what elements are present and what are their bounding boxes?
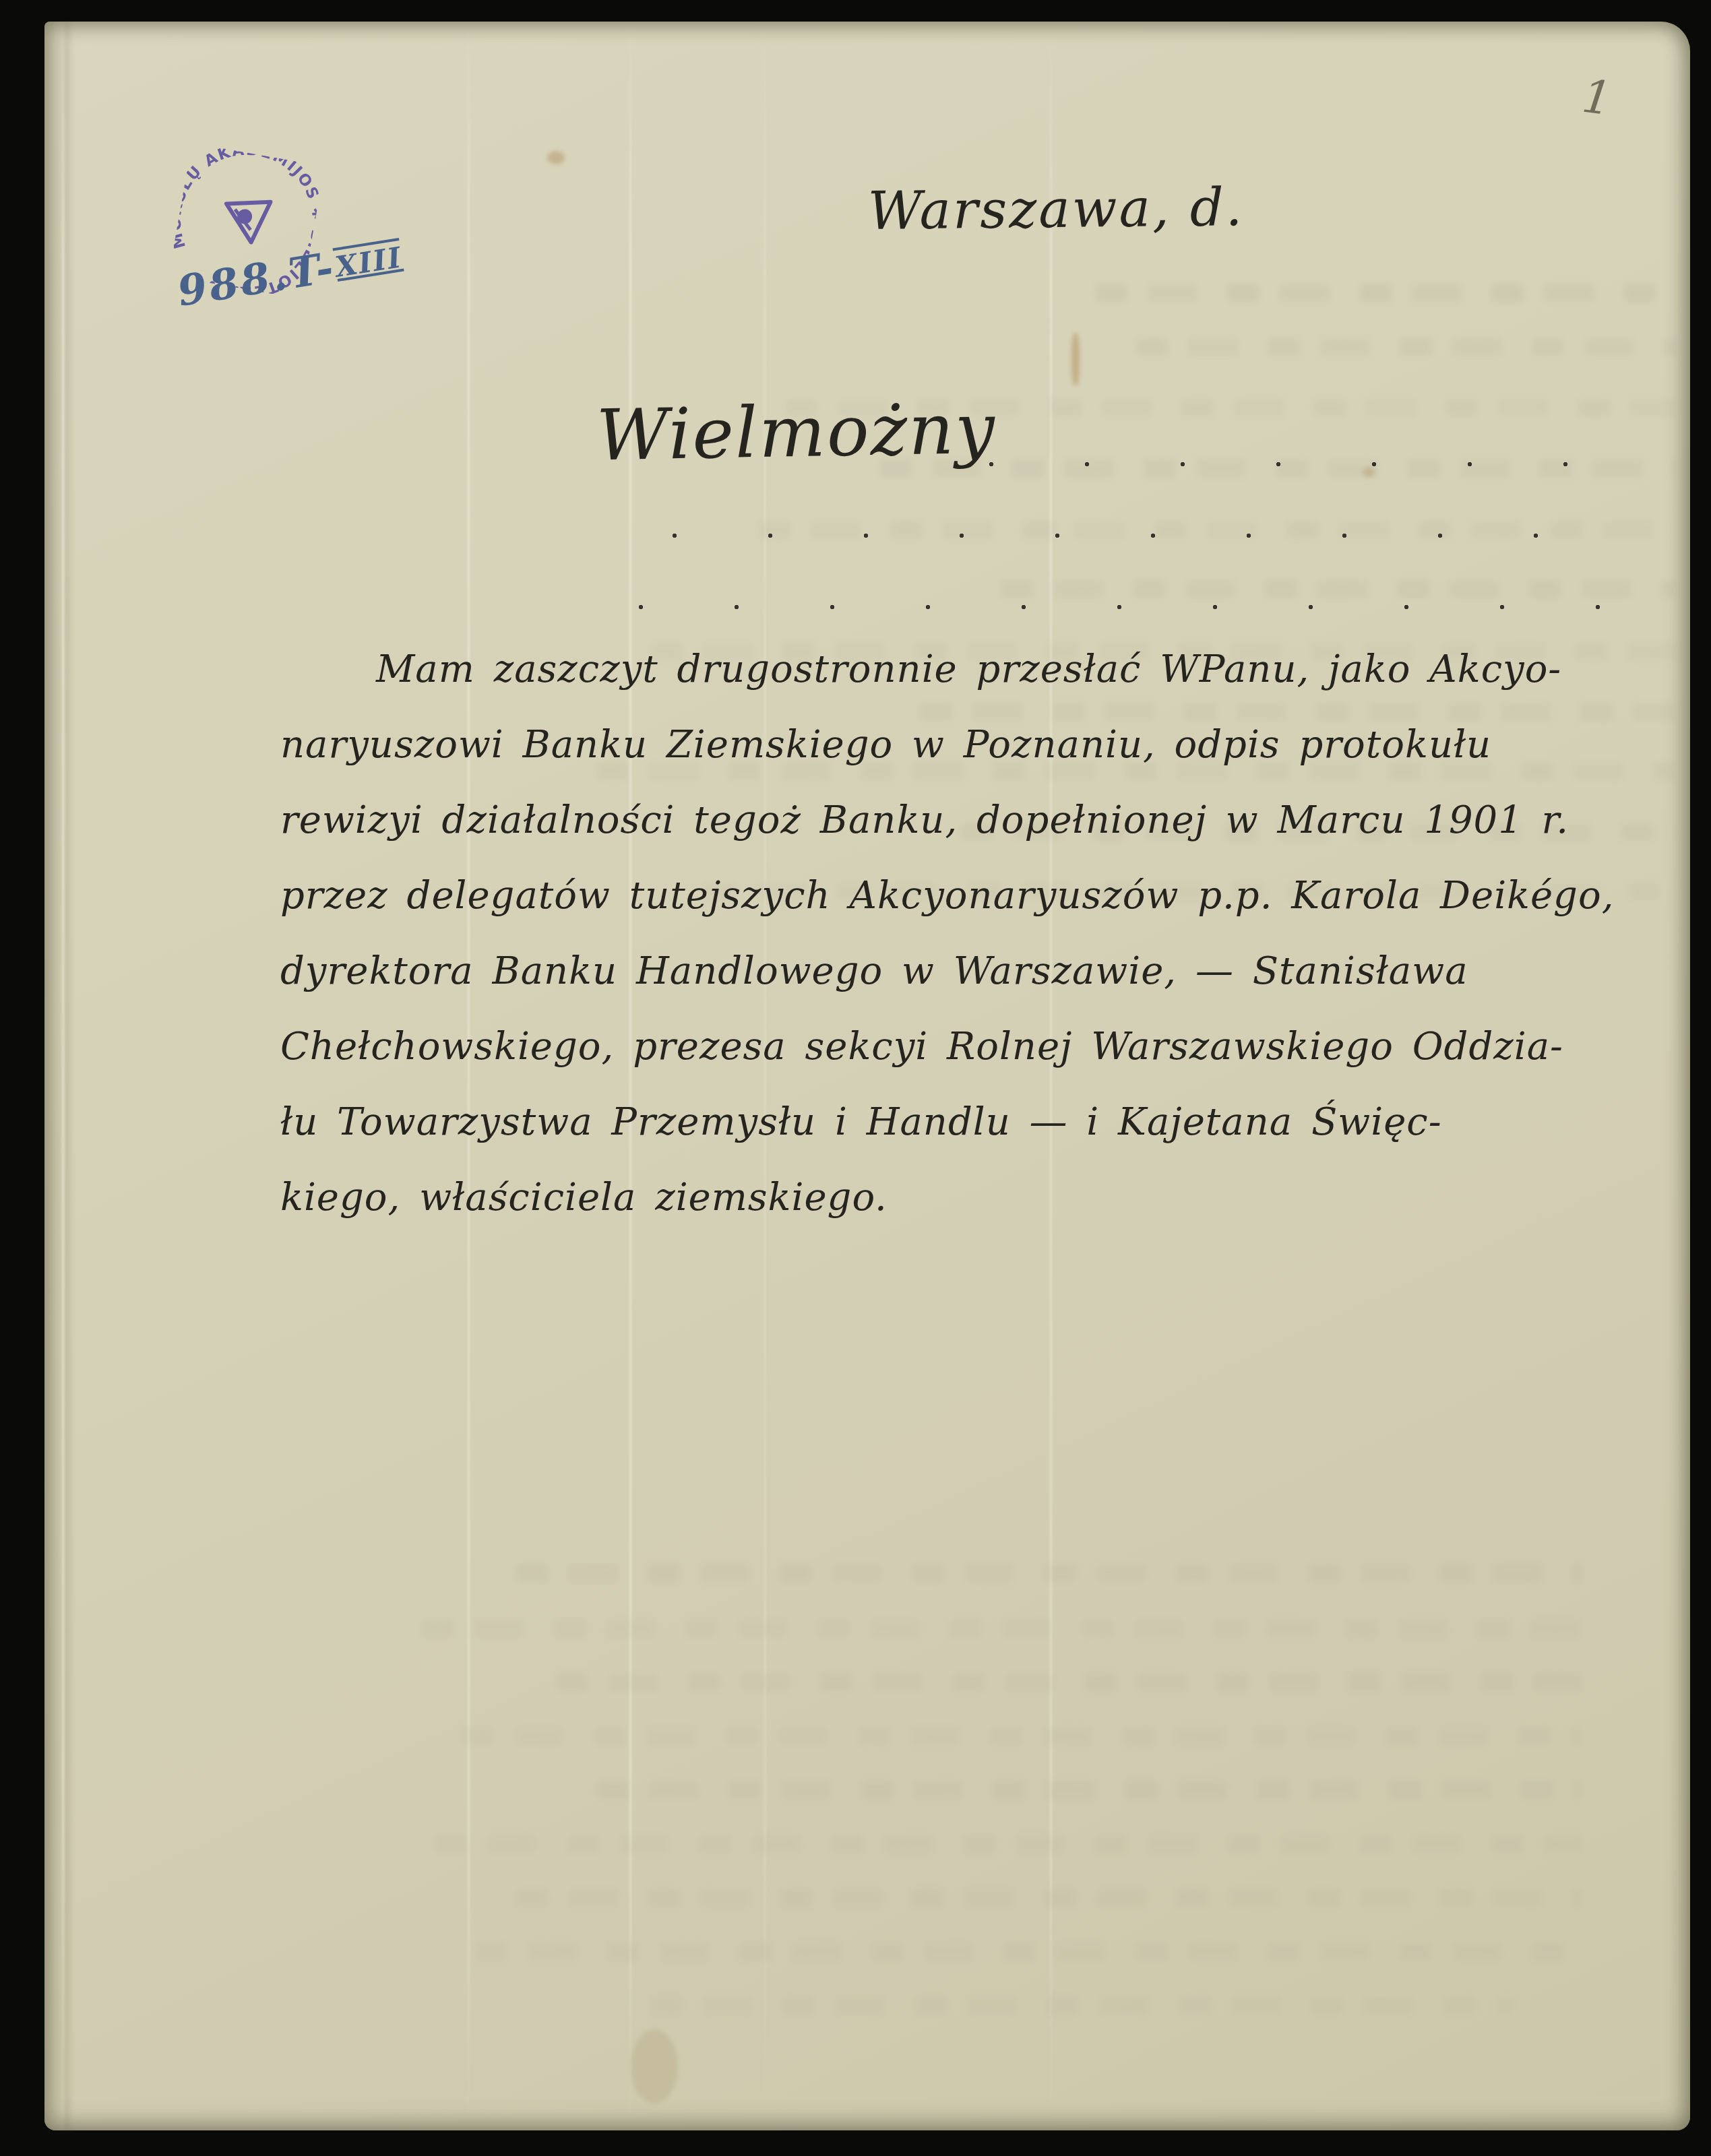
page-number: 1 <box>1579 70 1615 127</box>
body-line: kiego, właściciela ziemskiego. <box>280 1160 1635 1236</box>
bleedthrough-line <box>1096 284 1675 302</box>
letter-page: MOKSLŲ AKADEMIJOS ✱ BIBLIOTEKA • 988.T-X… <box>44 22 1690 2130</box>
dotted-line <box>988 461 1628 468</box>
dotted-line <box>637 604 1628 610</box>
body-line: dyrektora Banku Handlowego w Warszawie, … <box>280 934 1635 1009</box>
letter-dateline: Warszawa, d. <box>868 177 1245 242</box>
stamp-emblem-icon <box>220 195 270 245</box>
bleedthrough-line <box>1136 338 1675 356</box>
bleedthrough-line <box>422 1620 1581 1637</box>
body-line: łu Towarzystwa Przemysłu i Handlu — i Ka… <box>280 1085 1635 1160</box>
age-spot <box>1363 468 1375 477</box>
age-spot <box>547 151 565 164</box>
bleedthrough-line <box>557 1674 1581 1691</box>
bleedthrough-line <box>435 1835 1581 1853</box>
body-line: przez delegatów tutejszych Akcyonaryuszó… <box>280 858 1635 934</box>
scanned-letter-screenshot: { "page": { "number": "1" }, "stamp": { … <box>0 0 1711 2156</box>
bleedthrough-line <box>651 1997 1514 2015</box>
dotted-line <box>671 532 1628 539</box>
shelfmark-suffix: XIII <box>333 241 404 284</box>
bleedthrough-line <box>462 1727 1581 1745</box>
bleedthrough-line <box>1001 581 1675 598</box>
bleedthrough-line <box>516 1889 1581 1907</box>
letter-body: Mam zaszczyt drugostronnie przesłać WPan… <box>280 632 1635 1236</box>
age-spot <box>631 2029 678 2103</box>
fold-crease-shadow <box>65 22 74 2130</box>
bleedthrough-line <box>476 1943 1581 1961</box>
body-line: Chełchowskiego, prezesa sekcyi Rolnej Wa… <box>280 1009 1635 1085</box>
body-line: rewizyi działalności tegoż Banku, dopełn… <box>280 783 1635 858</box>
body-line: Mam zaszczyt drugostronnie przesłać WPan… <box>280 632 1635 707</box>
letter-salutation: Wielmożny <box>596 387 997 476</box>
body-line: naryuszowi Banku Ziemskiego w Poznaniu, … <box>280 707 1635 783</box>
bleedthrough-line <box>516 1564 1581 1582</box>
bleedthrough-line <box>597 1781 1581 1799</box>
age-spot <box>1071 333 1080 385</box>
